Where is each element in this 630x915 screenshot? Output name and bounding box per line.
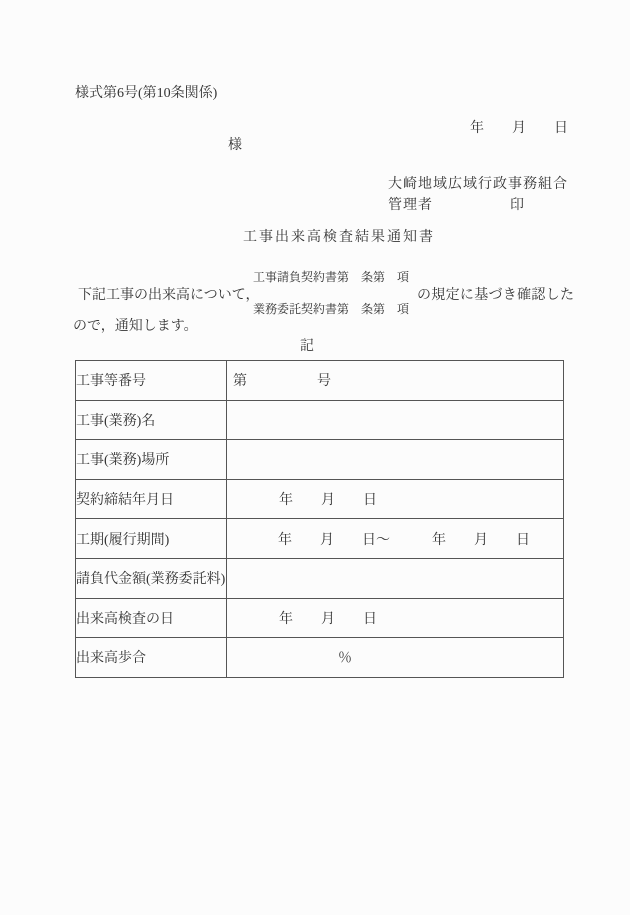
date-line: 年 月 日 (470, 121, 568, 136)
row-label: 請負代金額(業務委託料) (76, 558, 227, 598)
row-progress-ratio: 出来高歩合 ％ (76, 638, 564, 678)
issuer-organization: 大崎地域広域行政事務組合 (388, 177, 568, 192)
body-closing-text: ので，通知します。 (73, 319, 198, 334)
clause-commission-contract: 業務委託契約書第 条第 項 (253, 303, 409, 316)
row-value: 第 号 (227, 361, 564, 401)
row-contract-date: 契約締結年月日 年 月 日 (76, 479, 564, 519)
clause-construction-contract: 工事請負契約書第 条第 項 (253, 271, 409, 284)
seal-mark: 印 (510, 198, 524, 213)
issuer-title: 管理者 (388, 198, 433, 213)
document-page: 様式第6号(第10条関係) 年 月 日 様 大崎地域広域行政事務組合 管理者 印… (0, 0, 630, 915)
row-label: 工事(業務)場所 (76, 440, 227, 480)
row-work-location: 工事(業務)場所 (76, 440, 564, 480)
row-label: 工期(履行期間) (76, 519, 227, 559)
row-construction-number: 工事等番号 第 号 (76, 361, 564, 401)
record-marker: 記 (300, 339, 314, 354)
form-table: 工事等番号 第 号 工事(業務)名 工事(業務)場所 契約締結年月日 年 月 日… (75, 360, 564, 678)
row-value (227, 440, 564, 480)
row-value (227, 558, 564, 598)
row-label: 契約締結年月日 (76, 479, 227, 519)
row-value: 年 月 日 (227, 479, 564, 519)
form-number: 様式第6号(第10条関係) (75, 86, 217, 101)
row-work-period: 工期(履行期間) 年 月 日～ 年 月 日 (76, 519, 564, 559)
row-value (227, 400, 564, 440)
row-label: 出来高検査の日 (76, 598, 227, 638)
body-confirmation-text: の規定に基づき確認した (417, 288, 574, 303)
row-inspection-date: 出来高検査の日 年 月 日 (76, 598, 564, 638)
row-contract-amount: 請負代金額(業務委託料) (76, 558, 564, 598)
row-label: 出来高歩合 (76, 638, 227, 678)
row-label: 工事(業務)名 (76, 400, 227, 440)
row-value: 年 月 日 (227, 598, 564, 638)
recipient-honorific: 様 (228, 138, 242, 153)
row-work-name: 工事(業務)名 (76, 400, 564, 440)
row-label: 工事等番号 (76, 361, 227, 401)
document-title: 工事出来高検査結果通知書 (243, 230, 435, 245)
row-value: 年 月 日～ 年 月 日 (227, 519, 564, 559)
row-value: ％ (227, 638, 564, 678)
body-intro-text: 下記工事の出来高について， (78, 288, 259, 303)
